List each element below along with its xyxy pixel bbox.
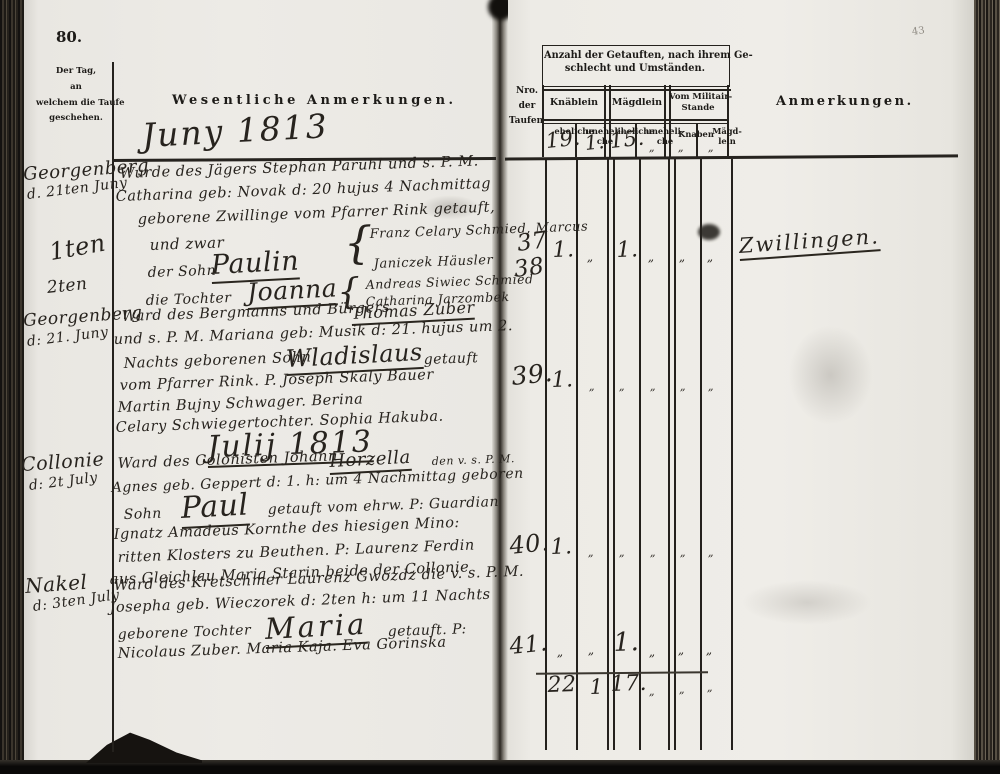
row2-nro: 39.	[510, 358, 554, 391]
carry-value: „	[649, 141, 656, 154]
nro-header-line: Taufen	[506, 116, 546, 126]
table-line	[576, 159, 578, 750]
table-line	[613, 159, 615, 750]
total-value: 1	[589, 675, 604, 699]
table-line	[607, 159, 609, 750]
row1-nro: 38	[512, 253, 546, 283]
row3-value: „	[619, 546, 626, 559]
page-edges-right	[974, 0, 1000, 766]
day-column-header-line: an	[40, 82, 112, 92]
total-value: 17.	[610, 671, 647, 697]
table-line	[668, 159, 670, 750]
right-page-number: 43	[911, 25, 925, 38]
row4-value: 1.	[613, 627, 640, 658]
row3-value: „	[650, 546, 657, 559]
carry-value: 15.	[608, 125, 645, 153]
row1-value: 1.	[616, 237, 639, 263]
carry-value: „	[678, 141, 685, 154]
day-column-header-line: geschehen.	[40, 113, 112, 123]
nro-header-line: der	[508, 101, 546, 111]
nro-header-line: Nro.	[508, 86, 546, 96]
row4-value: „	[557, 645, 564, 659]
row4-value: „	[678, 643, 685, 657]
register-book-scan: 80. Der Tag, an welchem die Taufe gesche…	[0, 0, 1000, 774]
table-line	[674, 159, 676, 750]
table-title-line2: schlecht und Umständen.	[544, 63, 726, 74]
carry-value: 19.	[544, 125, 581, 153]
row1-value: 1.	[552, 237, 575, 263]
entry3-line: Sohn	[123, 506, 162, 523]
entry2-line: getauft	[423, 350, 478, 368]
row2-value: „	[589, 380, 596, 393]
total-value: 22	[547, 672, 577, 698]
group-double-rule	[542, 119, 729, 121]
row2-value: 1.	[551, 367, 574, 393]
carry-value: „	[708, 141, 715, 154]
left-page-number: 80.	[56, 28, 82, 46]
table-line	[542, 85, 544, 157]
table-line	[700, 159, 702, 750]
row2-value: „	[708, 380, 715, 393]
carry-value: 1.	[583, 129, 605, 155]
row1-value: „	[707, 250, 714, 264]
stain	[742, 580, 872, 625]
row3-nro: 40.	[508, 528, 550, 560]
entry1-line: der Sohn	[147, 263, 216, 281]
row3-value: „	[708, 546, 715, 559]
entry1-child2-mark: 2ten	[46, 274, 89, 298]
total-value: „	[707, 681, 714, 694]
table-line	[731, 159, 733, 750]
group-header-maegdlein: Mägdlein	[610, 97, 664, 108]
row1-value: „	[679, 250, 686, 264]
row1-value: „	[587, 250, 594, 264]
row4-value: „	[649, 645, 656, 659]
row2-value: „	[680, 380, 687, 393]
left-main-header: Wesentliche Anmerkungen.	[172, 93, 457, 108]
group-header-militair-line1: Vom Militair-	[669, 92, 727, 102]
row4-value: „	[706, 643, 713, 657]
stain	[788, 325, 873, 425]
anmerkungen-header: Anmerkungen.	[776, 94, 914, 109]
book-binding-left	[0, 0, 24, 766]
row3-value: „	[680, 546, 687, 559]
witness-brace: {	[344, 218, 373, 269]
table-line	[664, 85, 666, 157]
row3-value: „	[588, 546, 595, 559]
row4-value: „	[588, 643, 595, 657]
row3-value: 1.	[550, 534, 573, 560]
row2-value: „	[650, 380, 657, 393]
row1-value: „	[648, 250, 655, 264]
total-value: „	[649, 685, 656, 698]
table-line	[639, 159, 641, 750]
title-double-rule	[542, 89, 731, 91]
day-column-header-line: welchem die Taufe	[36, 98, 116, 108]
total-value: „	[679, 683, 686, 696]
book-gutter	[492, 0, 508, 762]
row2-value: „	[619, 380, 626, 393]
row1-nro: 37	[515, 227, 549, 257]
group-header-knaeblein: Knäblein	[544, 97, 604, 108]
subheader-maegdlein-a: Mägd-	[698, 126, 756, 136]
day-column-header-line: Der Tag,	[40, 66, 112, 76]
row4-nro: 41.	[508, 630, 549, 660]
group-header-militair-line2: Stande	[669, 103, 727, 113]
table-title-line1: Anzahl der Getauften, nach ihrem Ge-	[544, 50, 726, 61]
